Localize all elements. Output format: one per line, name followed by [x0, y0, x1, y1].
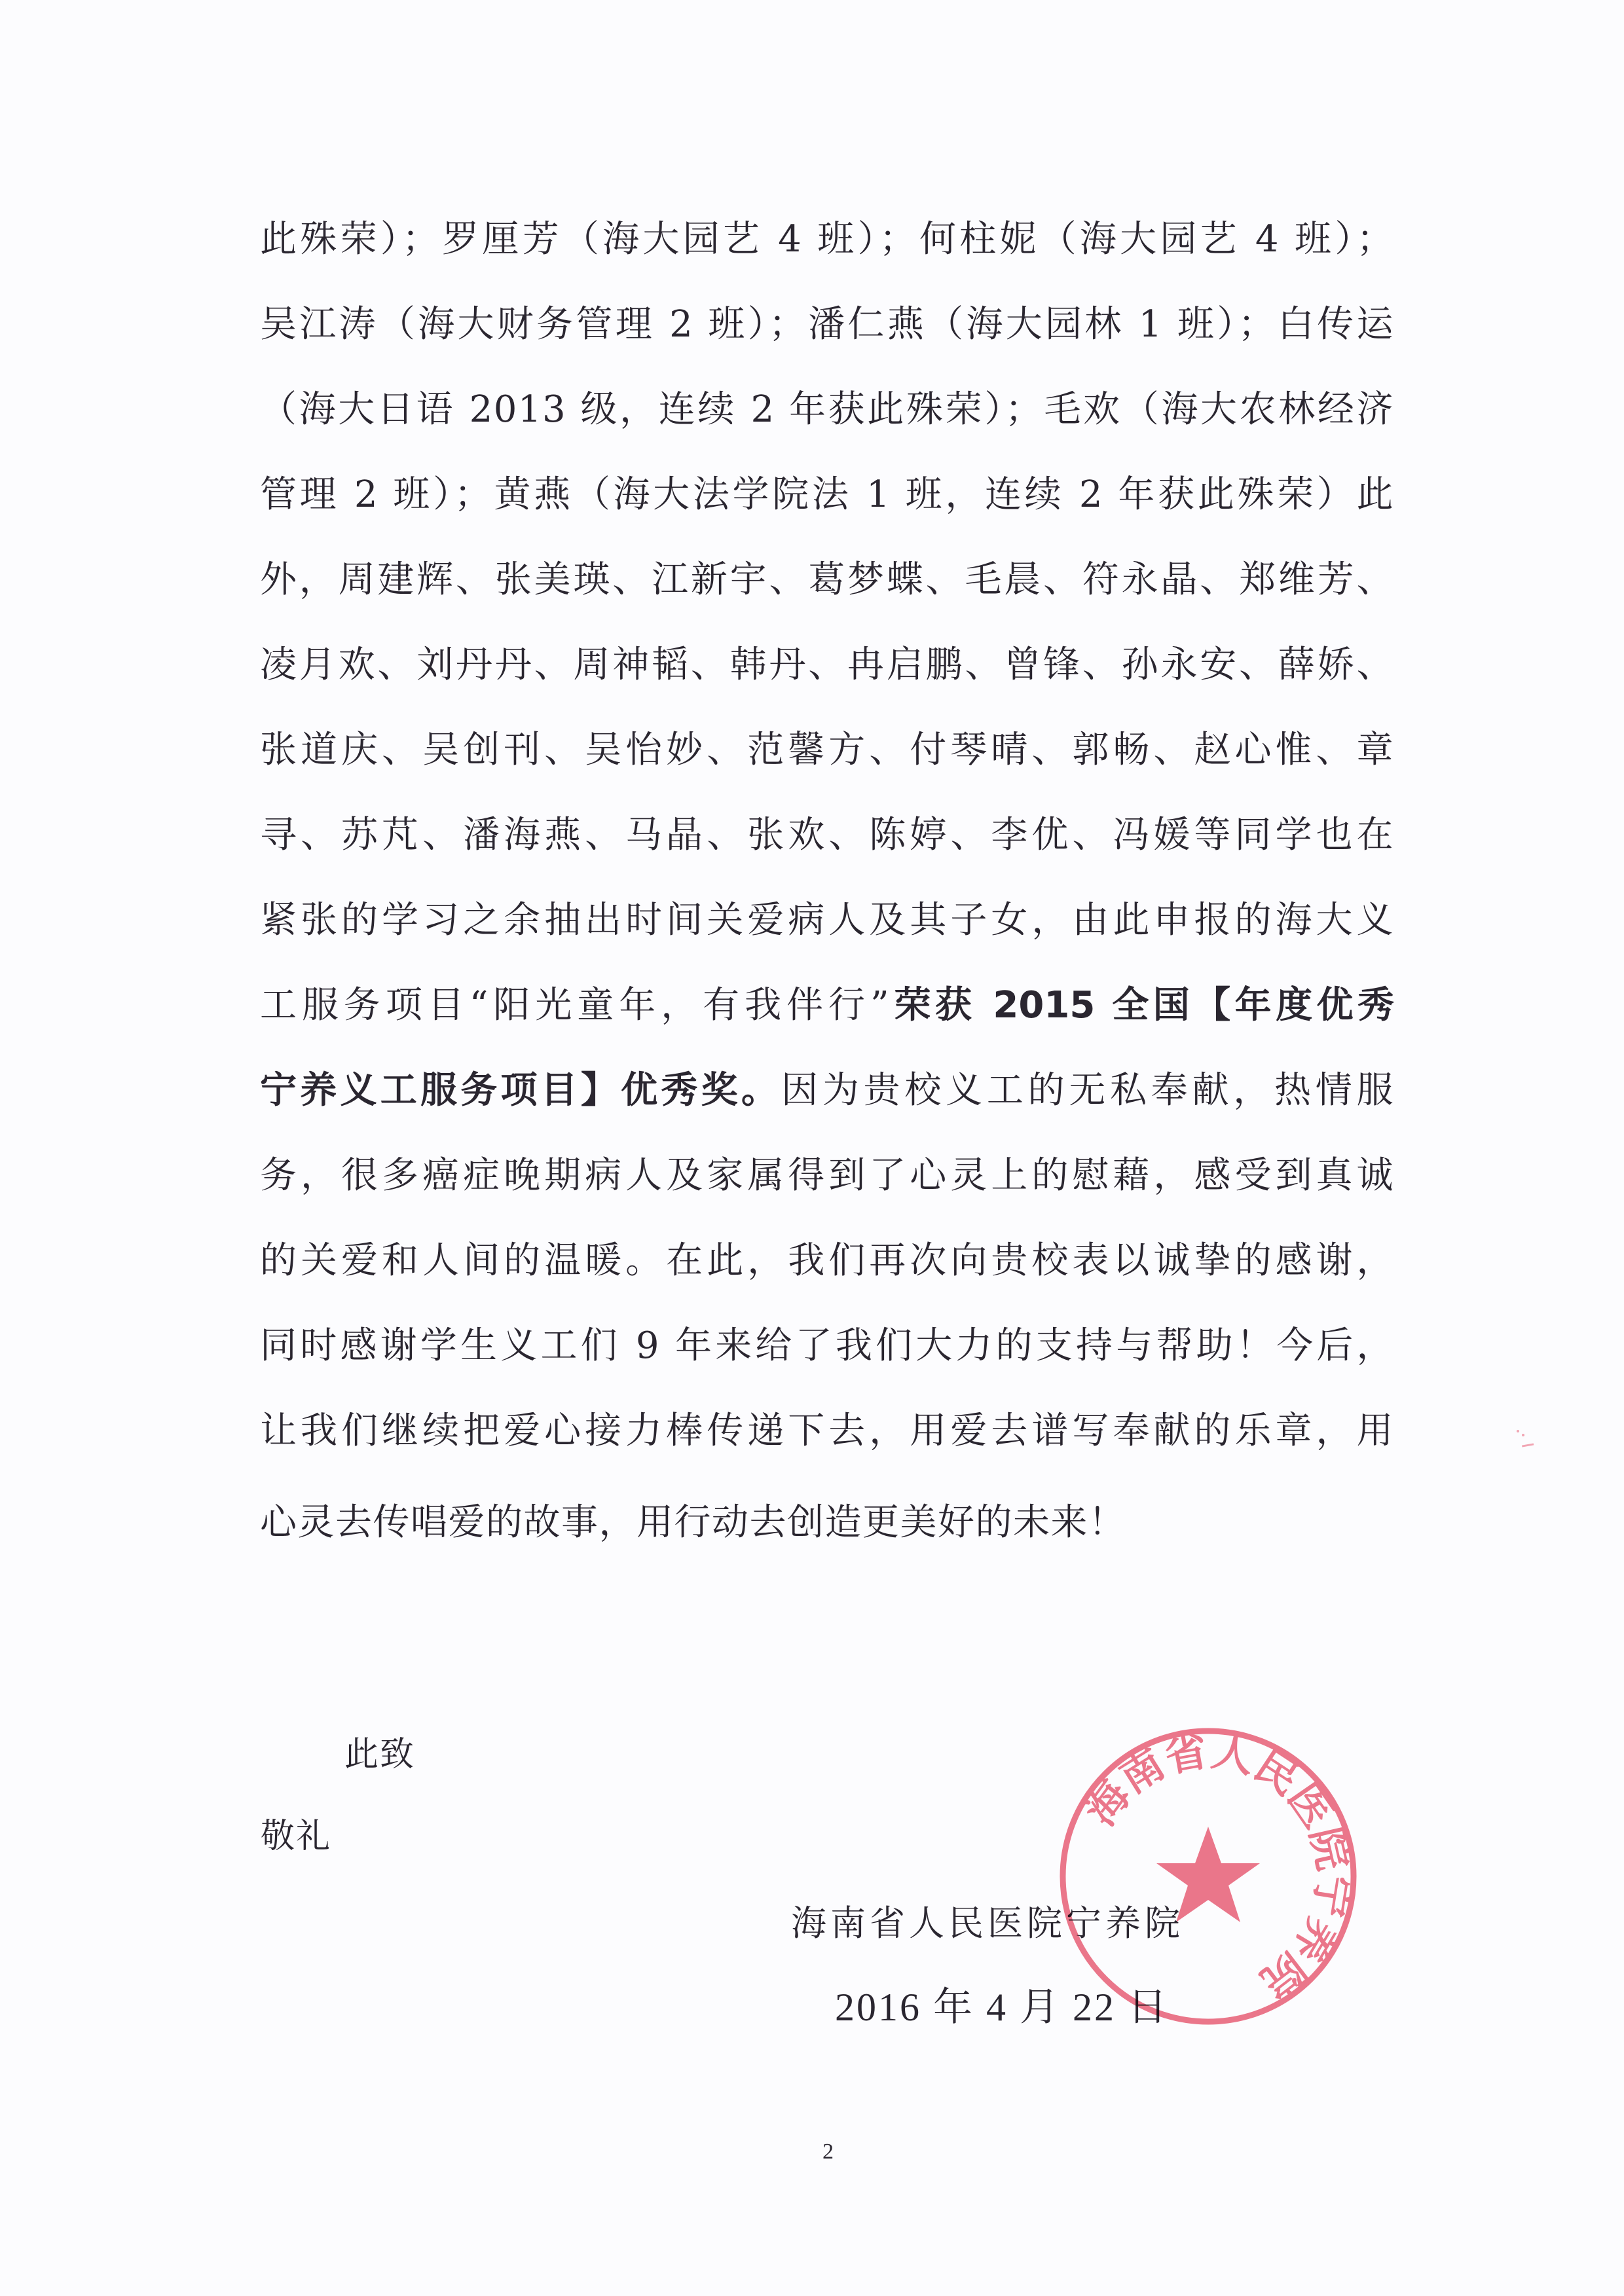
signature-date: 2016 年 4 月 22 日 — [835, 1981, 1169, 2033]
seal-ring — [1063, 1731, 1354, 2022]
body-line-16: 心灵去传唱爱的故事，用行动去创造更美好的未来！ — [260, 1491, 1126, 1554]
page-number: 2 — [822, 2136, 834, 2168]
award-text-bold: 荣获 2015 全国【年度优秀 — [890, 984, 1394, 1027]
body-line-10-regular: 工服务项目“阳光童年，有我伴行” — [260, 984, 890, 1027]
body-line-1: 此殊荣）；罗厘芳（海大园艺 4 班）；何柱妮（海大园艺 4 班）； — [260, 208, 1394, 271]
body-line-3: （海大日语 2013 级，连续 2 年获此殊荣）；毛欢（海大农林经济 — [260, 378, 1394, 441]
body-line-8: 寻、苏芃、潘海燕、马晶、张欢、陈婷、李优、冯媛等同学也在 — [260, 804, 1394, 867]
body-line-11-regular: 因为贵校义工的无私奉献，热情服 — [781, 1069, 1394, 1112]
award-text-bold-continued: 宁养义工服务项目】优秀奖。 — [260, 1069, 781, 1112]
body-line-5: 外，周建辉、张美瑛、江新宇、葛梦蝶、毛晨、符永晶、郑维芳、 — [260, 549, 1394, 611]
scan-speck-mark — [1513, 1427, 1539, 1453]
signature-organization: 海南省人民医院宁养院 — [791, 1897, 1184, 1950]
body-line-15: 让我们继续把爱心接力棒传递下去，用爱去谱写奉献的乐章，用 — [260, 1400, 1394, 1463]
body-line-4: 管理 2 班）；黄燕（海大法学院法 1 班，连续 2 年获此殊荣）此 — [260, 464, 1394, 526]
body-line-14: 同时感谢学生义工们 9 年来给了我们大力的支持与帮助！今后， — [260, 1315, 1394, 1377]
closing-salutation-2: 敬礼 — [261, 1810, 331, 1863]
body-line-11: 宁养义工服务项目】优秀奖。因为贵校义工的无私奉献，热情服 — [260, 1059, 1394, 1122]
body-line-9: 紧张的学习之余抽出时间关爱病人及其子女，由此申报的海大义 — [260, 889, 1394, 952]
body-line-12: 务，很多癌症晚期病人及家属得到了心灵上的慰藉，感受到真诚 — [260, 1144, 1394, 1207]
body-line-10: 工服务项目“阳光童年，有我伴行”荣获 2015 全国【年度优秀 — [260, 974, 1394, 1037]
body-line-13: 的关爱和人间的温暖。在此，我们再次向贵校表以诚挚的感谢， — [260, 1230, 1394, 1292]
body-line-7: 张道庆、吴创刊、吴怡妙、范馨方、付琴晴、郭畅、赵心惟、章 — [260, 719, 1394, 782]
body-line-6: 凌月欢、刘丹丹、周神韬、韩丹、冉启鹏、曾锋、孙永安、薛娇、 — [260, 634, 1394, 697]
document-page: 此殊荣）；罗厘芳（海大园艺 4 班）；何柱妮（海大园艺 4 班）； 吴江涛（海大… — [0, 0, 1624, 2296]
body-line-2: 吴江涛（海大财务管理 2 班）；潘仁燕（海大园林 1 班）；白传运 — [260, 293, 1394, 356]
closing-salutation-1: 此致 — [344, 1728, 415, 1781]
seal-ring-text: 海南省人民医院宁养院 — [1077, 1727, 1358, 2007]
